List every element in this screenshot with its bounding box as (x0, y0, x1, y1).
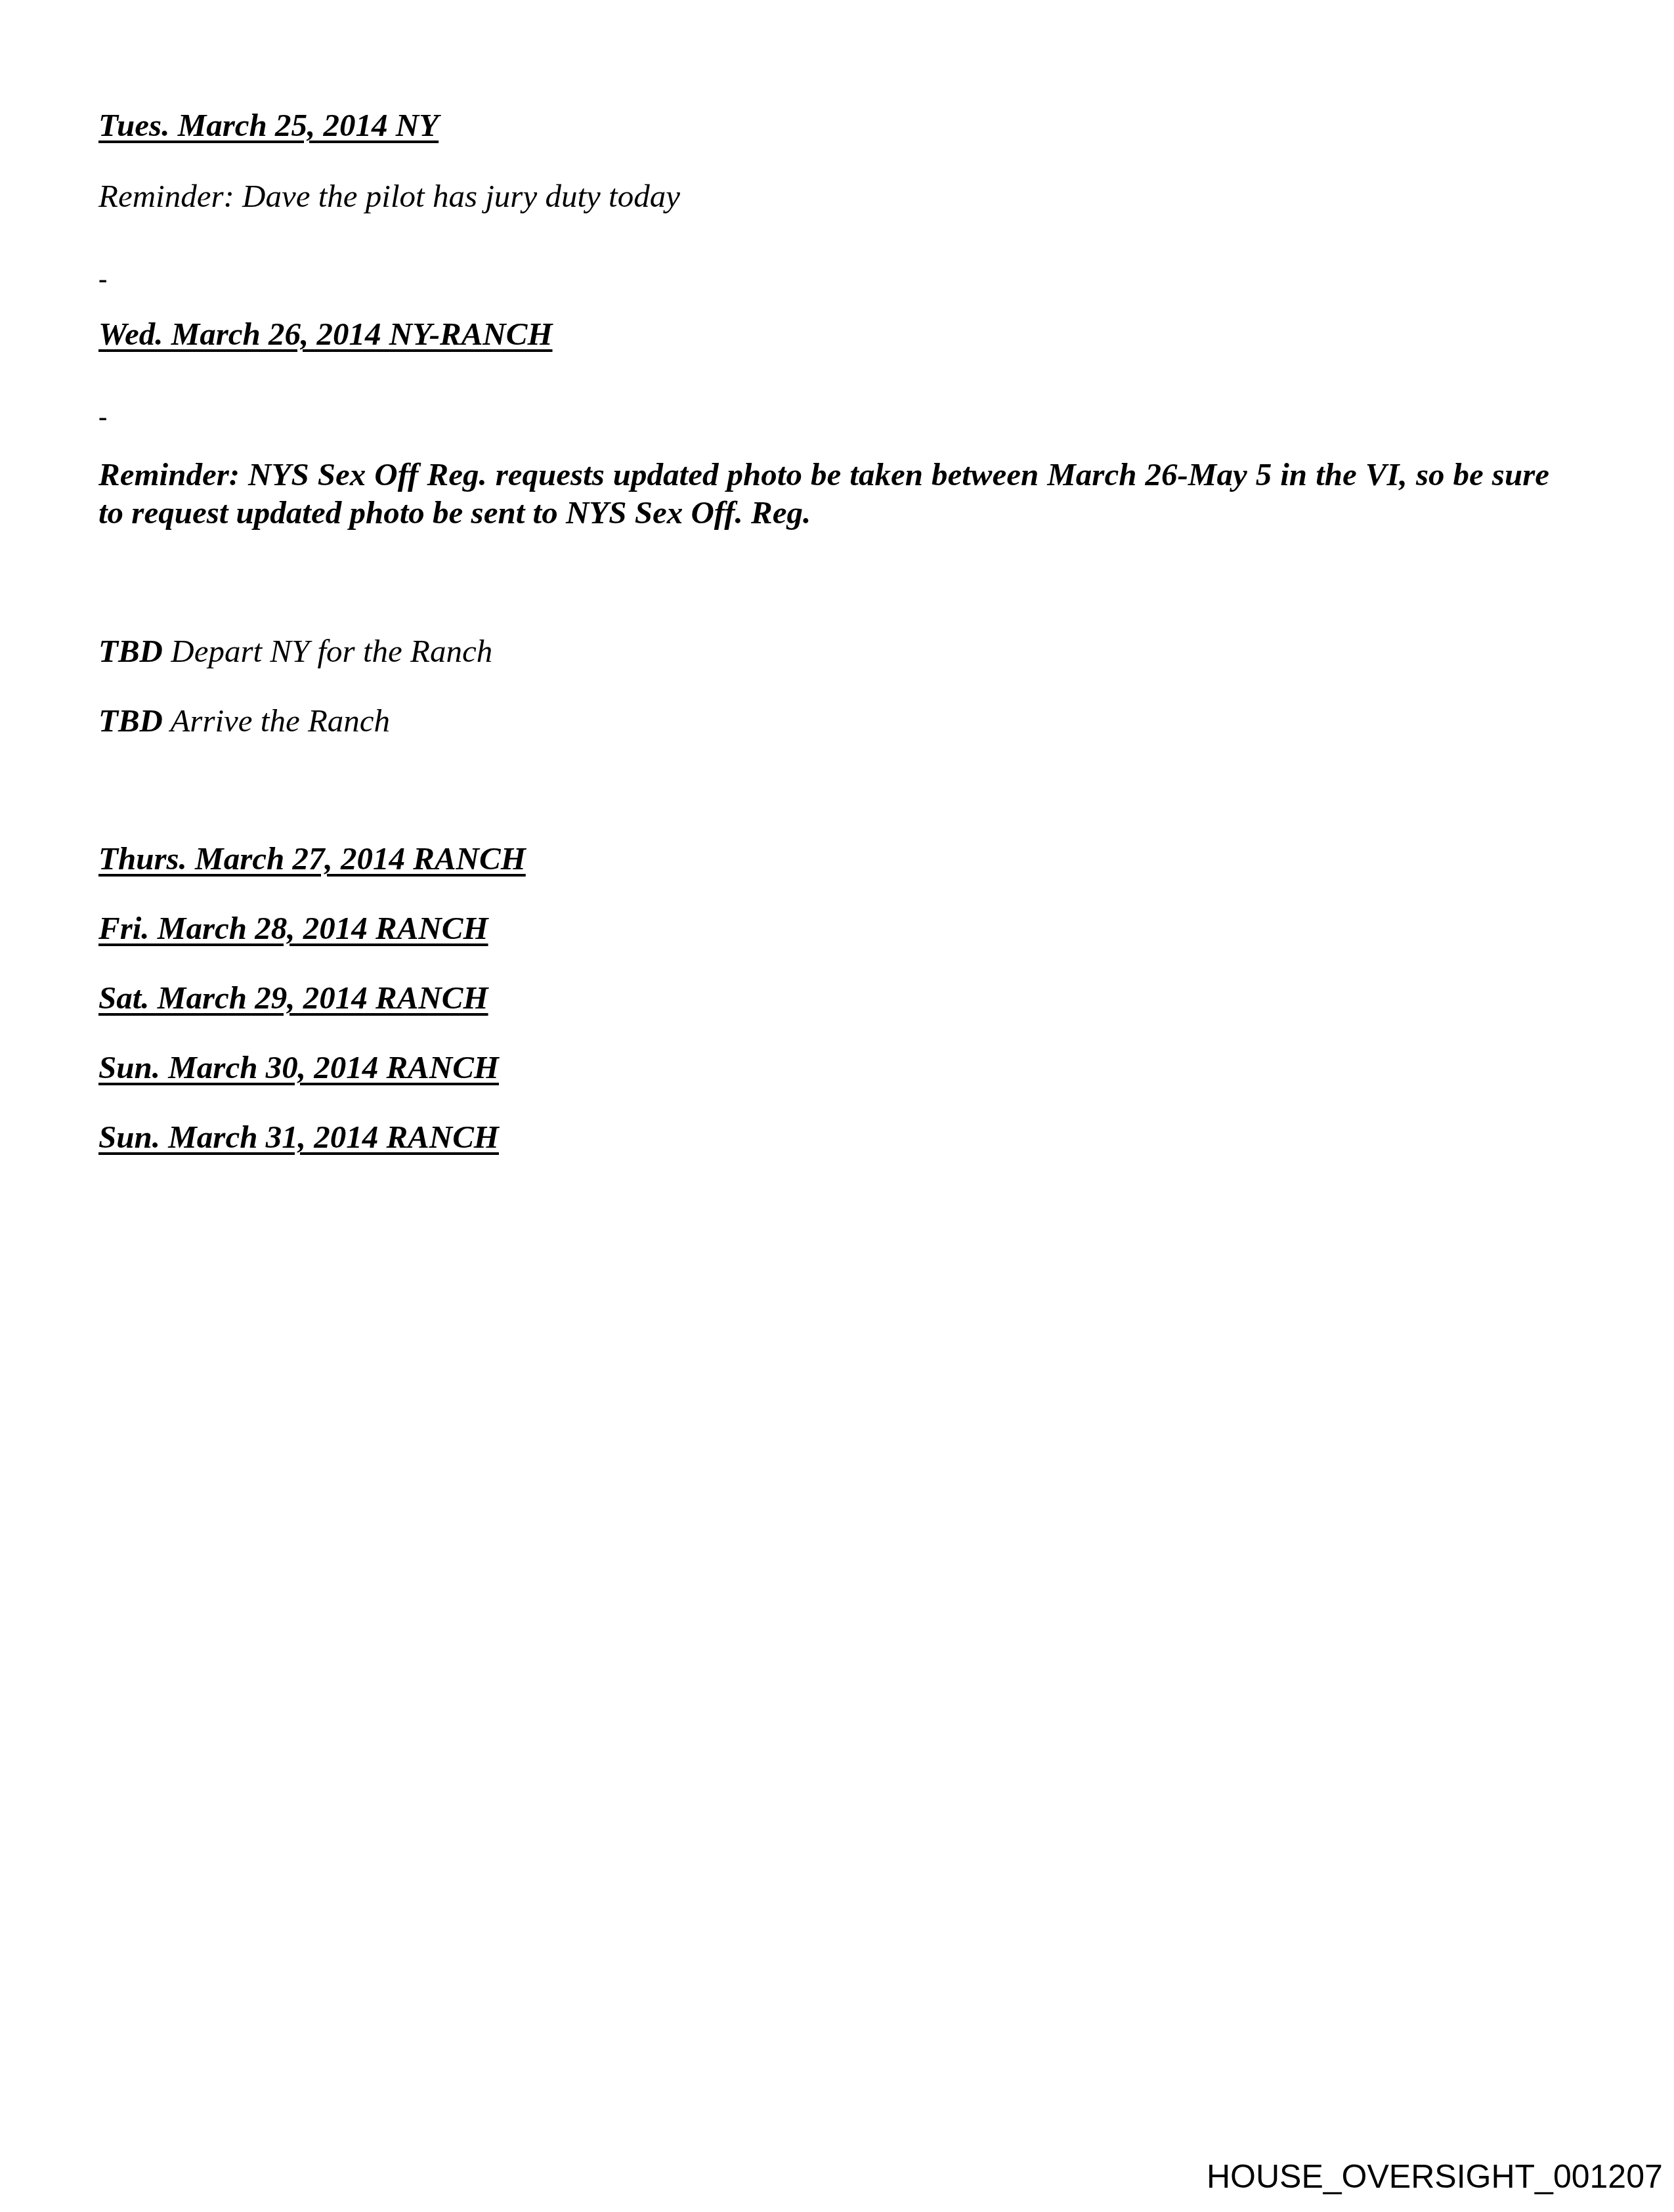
separator-dash: - (98, 404, 107, 430)
event-time: TBD (98, 703, 163, 739)
event-text: Arrive the Ranch (170, 703, 390, 739)
event-arrive-ranch: TBD Arrive the Ranch (98, 705, 390, 737)
reminder-registry-photo: Reminder: NYS Sex Off Reg. requests upda… (98, 456, 1549, 532)
day-heading-mar-31: Sun. March 31, 2014 RANCH (98, 1121, 499, 1153)
day-heading-mar-28: Fri. March 28, 2014 RANCH (98, 912, 488, 944)
separator-dash: - (98, 266, 107, 292)
event-time: TBD (98, 633, 163, 669)
bates-number: HOUSE_OVERSIGHT_001207 (1207, 2160, 1663, 2193)
day-heading-mar-25: Tues. March 25, 2014 NY (98, 109, 439, 141)
reminder-jury-duty: Reminder: Dave the pilot has jury duty t… (98, 180, 680, 212)
day-heading-mar-29: Sat. March 29, 2014 RANCH (98, 982, 488, 1014)
event-depart-ny: TBD Depart NY for the Ranch (98, 635, 492, 667)
day-heading-mar-30: Sun. March 30, 2014 RANCH (98, 1051, 499, 1083)
day-heading-mar-27: Thurs. March 27, 2014 RANCH (98, 842, 526, 875)
day-heading-mar-26: Wed. March 26, 2014 NY-RANCH (98, 318, 553, 350)
event-text: Depart NY for the Ranch (171, 633, 492, 669)
